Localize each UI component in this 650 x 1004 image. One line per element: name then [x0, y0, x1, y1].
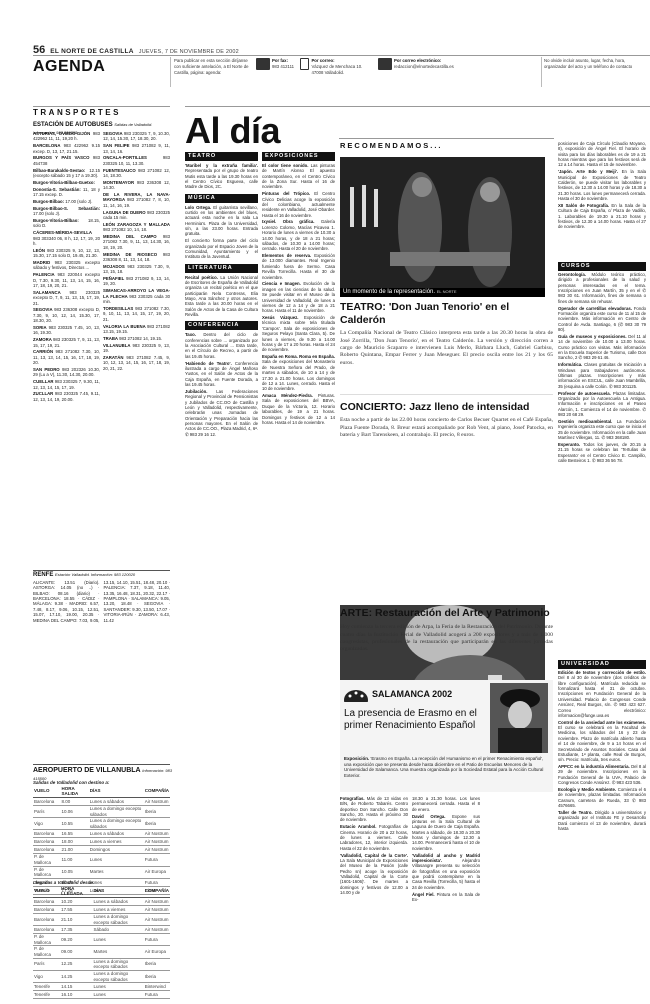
- bus-route: MADRID 983 230325 excepto sábado y festi…: [33, 260, 100, 271]
- divider: [541, 57, 542, 87]
- universidad-header: UNIVERSIDAD: [558, 660, 646, 669]
- arrivals-table: VUELOHORA LLEGADADÍASCOMPAÑÍABarcelona10…: [33, 886, 170, 1000]
- bus-route: ZAMORA 983 230325 7, 9, 11, 13, 15, 17, …: [33, 337, 100, 348]
- al-dia-column-2: EXPOSICIONESEl color tiene sonido. Las p…: [262, 148, 335, 1004]
- event-item: Lolo Ortega. El guitarrista sevillano, c…: [185, 205, 258, 237]
- rule: [33, 106, 170, 107]
- transportes-title: TRANSPORTES: [33, 108, 121, 118]
- fax-icon: [256, 58, 270, 70]
- course-item: Esperanto. Todos los jueves, de 20.15 a …: [558, 442, 646, 463]
- bus-route: TRABA 983 271082 14, 19.15.: [103, 336, 170, 341]
- bus-route: SAN FELIPE 983 271082 9, 11, 13, 14, 16.: [103, 143, 170, 154]
- bus-route: Burgos-Vitoria-Bilbao: 18.15, solo D.: [33, 218, 100, 229]
- exhibition-item: Eutacio Arambol. Fotografías de Cinema. …: [340, 824, 408, 851]
- course-item: Informática. Clases gratuitas de Iniciac…: [558, 362, 646, 389]
- exhibition-item: Ángel Fiel. Pintura en la Sala de Ex-: [412, 892, 480, 903]
- al-dia-title: Al día: [185, 108, 280, 153]
- bus-route: CARRIÓN 983 271082 7.30, 10, 11, 13, 13,…: [33, 349, 100, 365]
- computer-icon: [378, 58, 392, 70]
- bus-route: Burgos-Vitoria-Bilbao-Guetxo:: [33, 180, 100, 185]
- bus-route: SEGOVIA 983 236308 excepto D, 7.30, 9, 1…: [33, 307, 100, 323]
- mail-icon: [300, 58, 309, 70]
- flight-row: París12.25Lunes a domingo excepto sábado…: [33, 958, 170, 970]
- erasmo-portrait-image: [490, 683, 548, 753]
- course-item: Operador de carretillas elevadoras. Fond…: [558, 306, 646, 333]
- flight-row: París10.06Lunes a domingo excepto sábado…: [33, 805, 170, 817]
- bus-route: BARCELONA 983 422962 9.15 excep. D, 13, …: [33, 143, 100, 154]
- bus-route: ONCALA-PORTILLES 983 230325 10, 11, 13.3…: [103, 155, 170, 166]
- course-item: Profesor de autoescuela. Plazas limitada…: [558, 391, 646, 418]
- contact-note: No olvide incluir asunto, lugar, fecha, …: [544, 58, 646, 70]
- article-headline: CONCIERTO: Jazz lleno de intensidad: [340, 401, 553, 414]
- theater-scene-image: [340, 157, 545, 297]
- bus-route: CÁCERES-MÉRIDA-SEVILLA 983 303340 06, 8 …: [33, 230, 100, 246]
- event-item: España en Roma. Roma en España. Sala de …: [262, 354, 335, 392]
- university-item: Edición de textos y corrección de estilo…: [558, 670, 646, 718]
- bus-route: Burgos-Bilbao-S. Sebastián: 17.00 (solo …: [33, 206, 100, 217]
- bus-route: BURGOS Y PAÍS VASCO 983 454738: [33, 155, 100, 166]
- rule: [33, 570, 170, 571]
- salamanca-box: SALAMANCA 2002 La presencia de Erasmo en…: [340, 680, 553, 792]
- exhibition-item: David Ortega. Expone sus pinturas en la …: [412, 814, 480, 852]
- al-dia-column: TEATRO'Maribel y la extraña familia'. Re…: [185, 148, 258, 1004]
- bus-route: SORIA 983 230325 7.45, 10, 13, 16, 19.30…: [33, 325, 100, 336]
- bus-list-col2: SEGOVIA 983 230325 7, 9, 10.30, 12, 14, …: [103, 131, 170, 451]
- departures-table: VUELOHORA SALIDADÍASCOMPAÑÍABarcelona8.0…: [33, 786, 170, 895]
- contact-fax: Por fax:983 412111: [256, 58, 296, 70]
- bus-route: SAN PEDRO 983 202326 10.30, 29 (Lu a V),…: [33, 367, 100, 378]
- bus-route: PEÑAFIEL 983 271082 9, 13, 14, 19, 20.: [103, 276, 170, 287]
- article-theater: TEATRO: 'Don Juan Tenorio' en el Calderó…: [340, 301, 553, 367]
- category-música: MÚSICA: [185, 194, 258, 203]
- universidad-list: Edición de textos y corrección de estilo…: [558, 670, 646, 1004]
- flight-row: P. de Mallorca11.00LunesFutura: [33, 854, 170, 866]
- bus-route: MOJADOS 983 230325 7.30, 9, 13, 15, 18.: [103, 264, 170, 275]
- exhibition-item: 18.30 a 21.30 horas. Los lunes permanece…: [412, 796, 480, 812]
- email-link[interactable]: redaccion@elnortedecastilla.es: [394, 64, 454, 69]
- course-item: Gestión medioambiental. La Fundación Ing…: [558, 419, 646, 440]
- right-column-exhibitions: posiciones de Caja Círculo (Claudio Moya…: [558, 141, 646, 231]
- bus-route: Burgos-Bilbao: 17.00 (solo J).: [33, 199, 100, 204]
- bus-route: FUENTESAUCO 983 271082 12, 14, 18.30.: [103, 168, 170, 179]
- article-concert: CONCIERTO: Jazz lleno de intensidad Esta…: [340, 401, 553, 439]
- flight-row: Vigo14.25Lunes a domingo excepto sábados…: [33, 970, 170, 982]
- bus-route: DE LA RIVERA, LA NAVA-MAYORGA 983 271082…: [103, 192, 170, 208]
- rule: [340, 394, 553, 395]
- bus-route: VALORIA LA BUENA 983 271082 13.15, 19.15…: [103, 324, 170, 335]
- exhibition-item: Fotografías. Más de 13 vidas en B/N, de …: [340, 796, 408, 823]
- bus-route: ZUCLLAR 983 230325 7.45, 9.11, 12, 13, 1…: [33, 391, 100, 402]
- event-item: Ixysiel. Obra gráfica. Galería Lorenzo C…: [262, 219, 335, 251]
- exhibitions-col-b: 18.30 a 21.30 horas. Los lunes permanece…: [412, 796, 480, 904]
- event-item: Amaca Méndez-Piedra. Pinturas. Sala de e…: [262, 393, 335, 425]
- flight-row: Barcelona21.00DomingosAir Nostrum: [33, 846, 170, 854]
- bus-route: SEGOVIA 983 230325 7, 9, 10.30, 12, 14, …: [103, 131, 170, 142]
- exhibition-item: 'Valladolid, Capital de la Corte'. La Sa…: [340, 853, 408, 896]
- contact-intro: Para publicar en esta sección diríjanse …: [174, 58, 252, 75]
- header-rule: [33, 55, 650, 56]
- bus-route: PALENCIA 983 220044 excepto D, 7.30, 9.3…: [33, 272, 100, 288]
- flight-row: Barcelona16.55Lunes a sábadosAir Nostrum: [33, 830, 170, 838]
- bus-list-col1: ASTURIAS, OVIEDO-GIJÓN 983 422962 11, 11…: [33, 131, 100, 531]
- flight-row: Barcelona17.55Lunes a viernesAir Nostrum: [33, 905, 170, 913]
- event-item: Ciencia e Imagen. Evolución de la imagen…: [262, 281, 335, 313]
- event-item: Pinturas del Trópico. El Centro Cívico D…: [262, 191, 335, 218]
- salamanca-logo: SALAMANCA 2002: [344, 688, 452, 702]
- course-item: Guía de museos y exposiciones. Del 11 al…: [558, 334, 646, 361]
- rule: [185, 106, 650, 107]
- article-body: Esta noche a partir de las 22.00 horas c…: [340, 417, 553, 439]
- erasmo-portrait: [490, 683, 548, 753]
- theater-photo: Un momento de la representación. EL NORT…: [340, 157, 545, 297]
- event-item: Jubilación. Las Federaciones Regional y …: [185, 389, 258, 437]
- event-item: Recital poético. La Unión Nacional de Es…: [185, 275, 258, 318]
- article-body: La Compañía Nacional de Teatro Clásico i…: [340, 330, 553, 367]
- bus-route: ZARATÁN 983 271082 7.45, 9, 10, 12, 13, …: [103, 355, 170, 371]
- exhibition-item: posiciones de Caja Círculo (Claudio Moya…: [558, 141, 646, 168]
- exhibition-item: 'Japón. Arte Edo y Meiji'. En la Sala Mu…: [558, 169, 646, 201]
- university-item: Ecología y Medio Ambiente. Comienza el 6…: [558, 787, 646, 808]
- section-title: AGENDA: [33, 57, 105, 77]
- bus-route: Donostia-S. Sebastián: 11, 18 y 17.15 ex…: [33, 187, 100, 198]
- course-item: Gerontología. Módulo teórico práctico, d…: [558, 272, 646, 304]
- exhibitions-col-a: Fotografías. Más de 13 vidas en B/N, de …: [340, 796, 408, 897]
- renfe-title: RENFE Estación Valladolid. Información: …: [33, 572, 173, 580]
- flight-row: Tenerife14.15LunesBinterwind: [33, 983, 170, 991]
- flight-row: P. de Mallorca09.20LunesFutura: [33, 934, 170, 946]
- article-body: Hoy comienza la tercera edición de Arpa,…: [340, 624, 553, 654]
- bus-route: VILLANUBLA 983 230325 9, 13, 19.: [103, 343, 170, 354]
- bus-route: LEÓN 983 230325 9, 10, 12, 13, 15.30, 17…: [33, 248, 100, 259]
- contact-mail: Por correo:Vázquez de Menchaca 10. 47008…: [300, 58, 364, 75]
- cursos-header: CURSOS: [558, 262, 646, 271]
- article-headline: ARTE: Restauración del Arte y Patrimonio: [340, 607, 553, 620]
- article-headline: TEATRO: 'Don Juan Tenorio' en el Calderó…: [340, 301, 553, 327]
- university-item: APPCC en la industria Alimentaria. Del 8…: [558, 764, 646, 785]
- event-item: El color tiene sonido. Las pinturas de M…: [262, 163, 335, 190]
- bus-route: MONTEMAYOR 983 236308 12, 14.30.: [103, 180, 170, 191]
- contact-email: Por correo electrónico:redaccion@elnorte…: [378, 58, 468, 70]
- bus-route: TORDESILLAS 983 271082 7.30, 9, 10, 11, …: [103, 306, 170, 322]
- bus-route: Bilbao-Barakaldo-Sestao: 12.15 (excepto …: [33, 168, 100, 179]
- airport-departures: Salidas de Valladolid con destino a: VUE…: [33, 780, 170, 895]
- recomendamos-title: RECOMENDAMOS...: [340, 141, 443, 150]
- event-item: Taxo. Dentro del ciclo de conferencias s…: [185, 332, 258, 359]
- flight-row: P. de Mallorca10.05MartesAir Europa: [33, 866, 170, 878]
- article-arte: ARTE: Restauración del Arte y Patrimonio…: [340, 607, 553, 654]
- bus-route: SIMANCAS-ARROYO LA VEGA-LA FLECHA 983 23…: [103, 288, 170, 304]
- event-item: 'Maribel y la extraña familia'. Represen…: [185, 163, 258, 190]
- category-exposiciones: EXPOSICIONES: [262, 152, 335, 161]
- exhibition-item: 'Valladolid al ancho y Madrid impresioni…: [412, 853, 480, 891]
- salamanca-logo-icon: [344, 688, 368, 702]
- bus-route: MEDINA DE RIOSECO 983 236308 8, 11, 13, …: [103, 252, 170, 263]
- event-item: 'Habiendo de Teatro'. Conferencia ilustr…: [185, 361, 258, 388]
- rule: [33, 764, 170, 765]
- event-item: El concierto forma parte del ciclo organ…: [185, 238, 258, 259]
- bus-route: LEÓN ZARAGOZA Y MALLADA 983 271082 10, 1…: [103, 222, 170, 233]
- divider: [170, 57, 171, 87]
- event-item: Xesús Vázquez. Exposición de técnica mix…: [262, 315, 335, 353]
- salamanca-headline: La presencia de Erasmo en el primer Rena…: [344, 708, 484, 731]
- cursos-list: Gerontología. Módulo teórico práctico, d…: [558, 272, 646, 656]
- university-item: Taller de Teatro. Dirigido a universitar…: [558, 810, 646, 831]
- bus-route: CUELLAR 983 230325 7, 9.30, 11, 12, 13, …: [33, 379, 100, 390]
- bus-route: ASTURIAS, OVIEDO-GIJÓN 983 422962 11, 11…: [33, 131, 100, 142]
- bus-route: MEDINA DEL CAMPO 983 271082 7.30, 9, 11,…: [103, 234, 170, 250]
- flight-row: Barcelona18.00Lunes a viernesAir Nostrum: [33, 838, 170, 846]
- flight-row: Vigo10.55Lunes a domingo excepto sábados…: [33, 818, 170, 830]
- salamanca-body: Exposición. 'Erasmo en España. La recepc…: [344, 756, 549, 779]
- photo-caption: Un momento de la representación. EL NORT…: [340, 288, 545, 298]
- airport-arrivals: Llegadas a Valladolid desde: VUELOHORA L…: [33, 880, 170, 999]
- flight-row: Barcelona8.00Lunes a sábadosAir Nostrum: [33, 797, 170, 805]
- category-teatro: TEATRO: [185, 152, 258, 161]
- bus-route: LAGUNA DE DUERO 983 230325 cada 15 min.: [103, 210, 170, 221]
- event-item: Elementos de reserva. Exposición de 13.0…: [262, 253, 335, 280]
- flight-row: P. de Mallorca09.00MartesAir Europa: [33, 946, 170, 958]
- university-item: Control de la ansiedad ante los exámenes…: [558, 720, 646, 763]
- flight-row: Barcelona17.35SábadoAir Nostrum: [33, 926, 170, 934]
- rule: [339, 138, 554, 139]
- flight-row: Tenerife16.10LunesFutura: [33, 991, 170, 999]
- renfe-schedule: ALICANTE: 13.51 (Diario). ASTORGA: 14.05…: [33, 580, 170, 760]
- exhibition-item: XII Salón de Fotografía. En la Sala de l…: [558, 203, 646, 230]
- bus-route: SALAMANCA 983 230325 excepto D, 7, 9, 11…: [33, 290, 100, 306]
- category-conferencia: CONFERENCIA: [185, 321, 258, 330]
- flight-row: Barcelona21.10Lunes a domingo excepto sá…: [33, 913, 170, 925]
- flight-row: Barcelona10.20Lunes a sábadosAir Nostrum: [33, 897, 170, 905]
- category-literatura: LITERATURA: [185, 264, 258, 273]
